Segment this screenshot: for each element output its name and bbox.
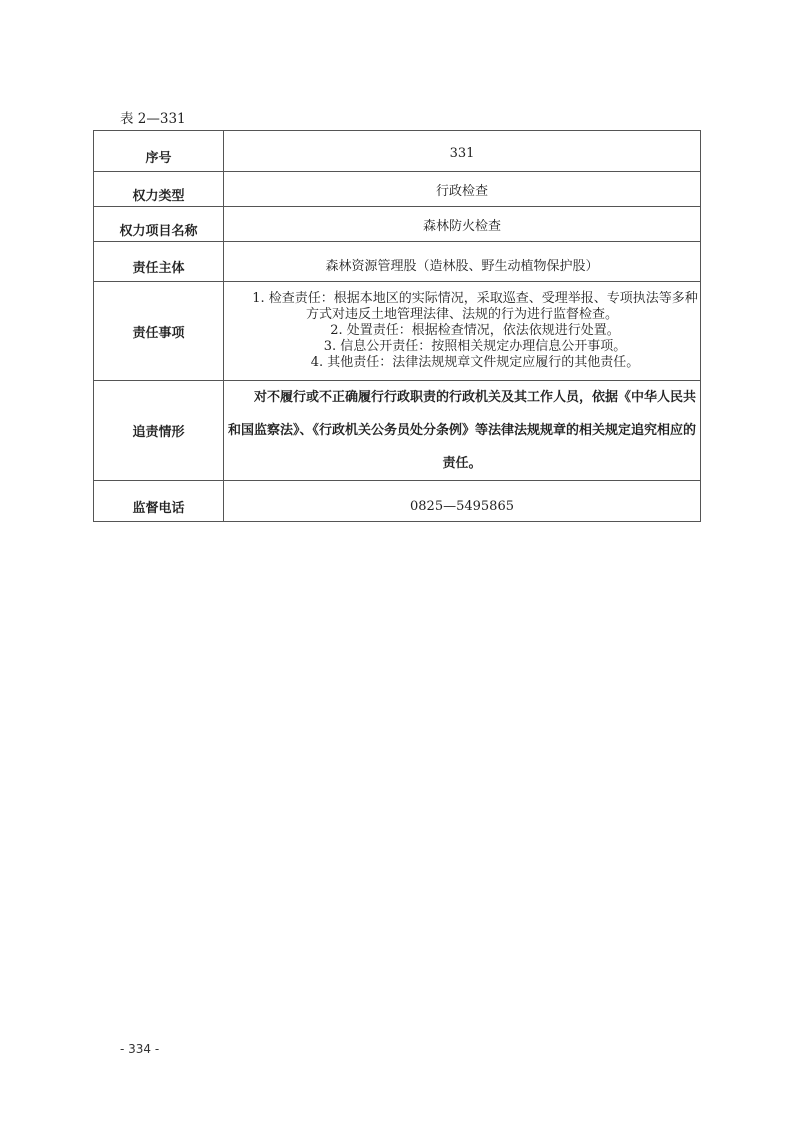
duties-list: 1. 检查责任：根据本地区的实际情况，采取巡查、受理举报、专项执法等多种方式对违… [224, 282, 701, 381]
row-value: 行政检查 [224, 172, 701, 207]
duty-item: 4. 其他责任：法律法规规章文件规定应履行的其他责任。 [224, 355, 700, 371]
row-label: 责任事项 [94, 282, 224, 381]
accountability-text: 对不履行或不正确履行行政职责的行政机关及其工作人员，依据《中华人民共和国监察法》… [224, 381, 701, 481]
table-row-serial-number: 序号 331 [94, 131, 701, 172]
table-row-power-item-name: 权力项目名称 森林防火检查 [94, 207, 701, 242]
row-value: 331 [224, 131, 701, 172]
table-row-power-type: 权力类型 行政检查 [94, 172, 701, 207]
row-label: 监督电话 [94, 481, 224, 522]
row-label: 序号 [94, 131, 224, 172]
row-value: 森林防火检查 [224, 207, 701, 242]
phone-number: 0825—5495865 [224, 481, 701, 522]
table-caption: 表 2—331 [120, 107, 186, 127]
duty-item: 1. 检查责任：根据本地区的实际情况，采取巡查、受理举报、专项执法等多种方式对违… [224, 291, 700, 323]
table-row-responsible-entity: 责任主体 森林资源管理股（造林股、野生动植物保护股） [94, 242, 701, 282]
responsibility-table: 序号 331 权力类型 行政检查 权力项目名称 森林防火检查 责任主体 森林资源… [93, 130, 701, 522]
duty-item: 2. 处置责任：根据检查情况，依法依规进行处置。 [224, 323, 700, 339]
duty-item: 3. 信息公开责任：按照相关规定办理信息公开事项。 [224, 339, 700, 355]
row-label: 追责情形 [94, 381, 224, 481]
accountability-paragraph: 对不履行或不正确履行行政职责的行政机关及其工作人员，依据《中华人民共和国监察法》… [224, 381, 700, 480]
table-row-responsibilities: 责任事项 1. 检查责任：根据本地区的实际情况，采取巡查、受理举报、专项执法等多… [94, 282, 701, 381]
page-number: - 334 - [120, 1042, 159, 1056]
row-value: 森林资源管理股（造林股、野生动植物保护股） [224, 242, 701, 282]
row-label: 责任主体 [94, 242, 224, 282]
row-label: 权力类型 [94, 172, 224, 207]
table-row-supervision-phone: 监督电话 0825—5495865 [94, 481, 701, 522]
row-label: 权力项目名称 [94, 207, 224, 242]
table-row-accountability: 追责情形 对不履行或不正确履行行政职责的行政机关及其工作人员，依据《中华人民共和… [94, 381, 701, 481]
